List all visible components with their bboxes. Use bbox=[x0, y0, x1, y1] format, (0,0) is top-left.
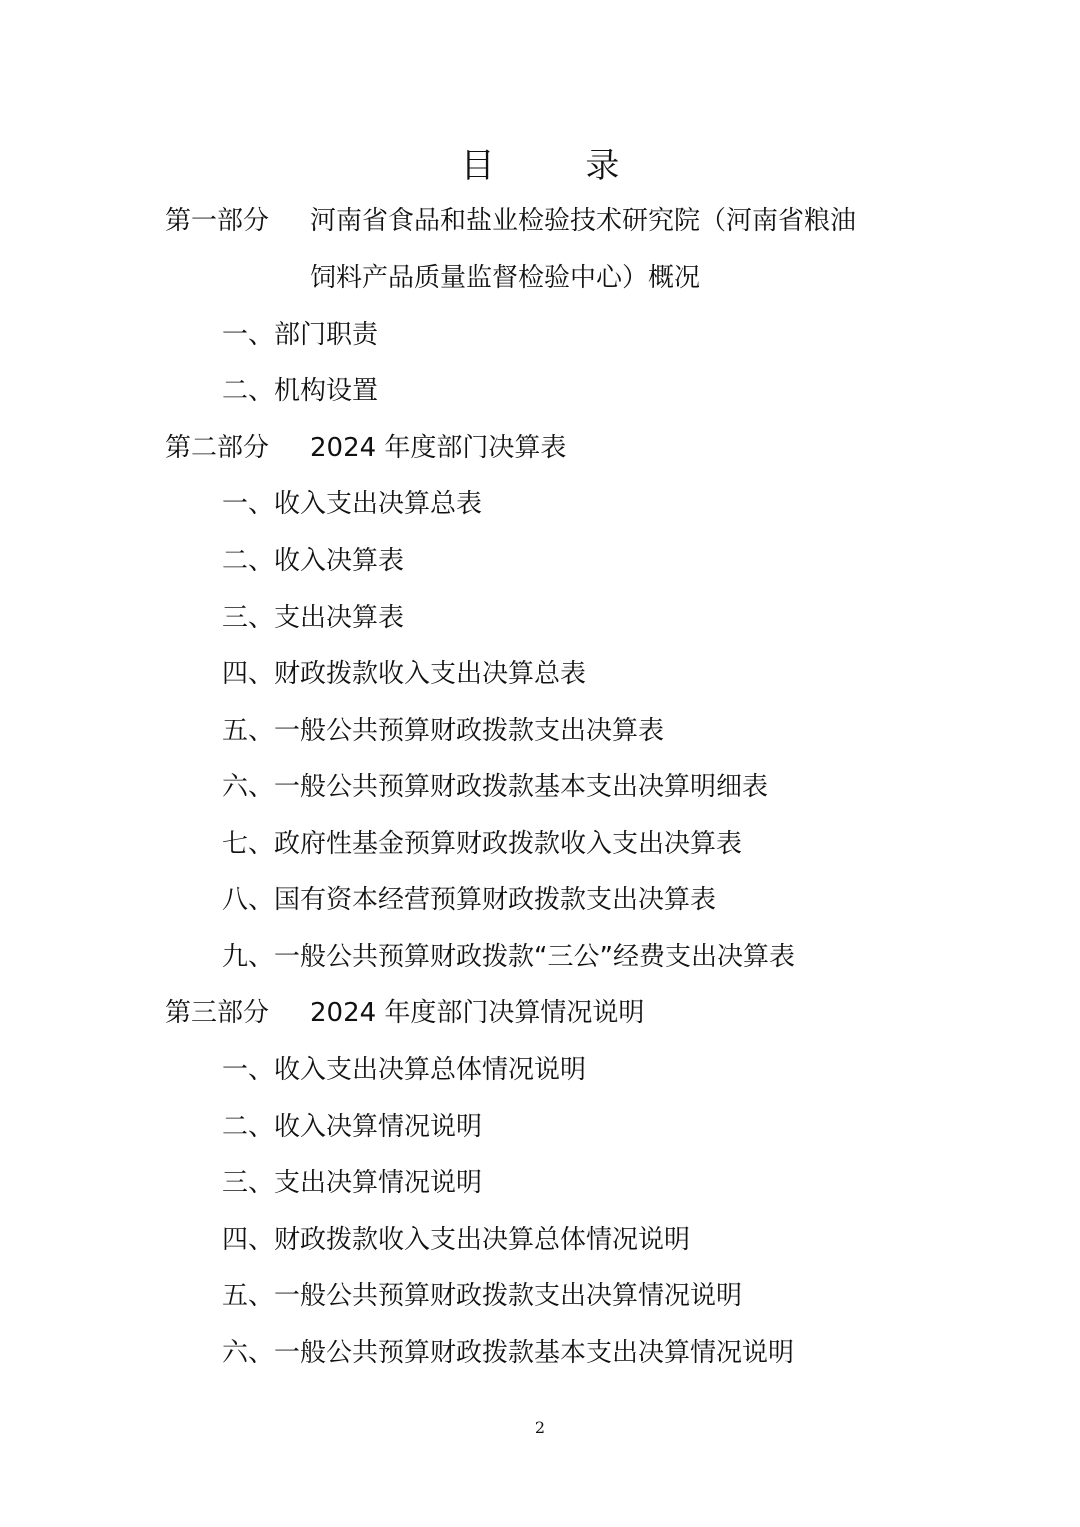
toc-item[interactable]: 一、收入支出决算总体情况说明 bbox=[222, 1049, 586, 1086]
toc-item[interactable]: 九、一般公共预算财政拨款“三公”经费支出决算表 bbox=[222, 936, 795, 973]
toc-item[interactable]: 八、国有资本经营预算财政拨款支出决算表 bbox=[222, 879, 716, 916]
toc-item[interactable]: 二、机构设置 bbox=[222, 370, 378, 407]
toc-part-1[interactable]: 第一部分河南省食品和盐业检验技术研究院（河南省粮油 bbox=[165, 200, 856, 237]
toc-item[interactable]: 三、支出决算情况说明 bbox=[222, 1162, 482, 1199]
toc-item[interactable]: 一、部门职责 bbox=[222, 314, 378, 351]
toc-item[interactable]: 二、收入决算表 bbox=[222, 540, 404, 577]
toc-part-1-cont[interactable]: 饲料产品质量监督检验中心）概况 bbox=[310, 257, 700, 294]
toc-item[interactable]: 三、支出决算表 bbox=[222, 597, 404, 634]
toc-item[interactable]: 六、一般公共预算财政拨款基本支出决算明细表 bbox=[222, 766, 768, 803]
page-number: 2 bbox=[0, 1418, 1080, 1437]
toc-item[interactable]: 四、财政拨款收入支出决算总体情况说明 bbox=[222, 1219, 690, 1256]
toc-item[interactable]: 五、一般公共预算财政拨款支出决算情况说明 bbox=[222, 1275, 742, 1312]
toc-part-3[interactable]: 第三部分2024 年度部门决算情况说明 bbox=[165, 992, 644, 1029]
toc-item[interactable]: 四、财政拨款收入支出决算总表 bbox=[222, 653, 586, 690]
toc-item[interactable]: 一、收入支出决算总表 bbox=[222, 483, 482, 520]
toc-item[interactable]: 六、一般公共预算财政拨款基本支出决算情况说明 bbox=[222, 1332, 794, 1369]
toc-part-2[interactable]: 第二部分2024 年度部门决算表 bbox=[165, 427, 566, 464]
page-title: 目 录 bbox=[0, 138, 1080, 187]
toc-item[interactable]: 二、收入决算情况说明 bbox=[222, 1106, 482, 1143]
toc-item[interactable]: 五、一般公共预算财政拨款支出决算表 bbox=[222, 710, 664, 747]
toc-item[interactable]: 七、政府性基金预算财政拨款收入支出决算表 bbox=[222, 823, 742, 860]
